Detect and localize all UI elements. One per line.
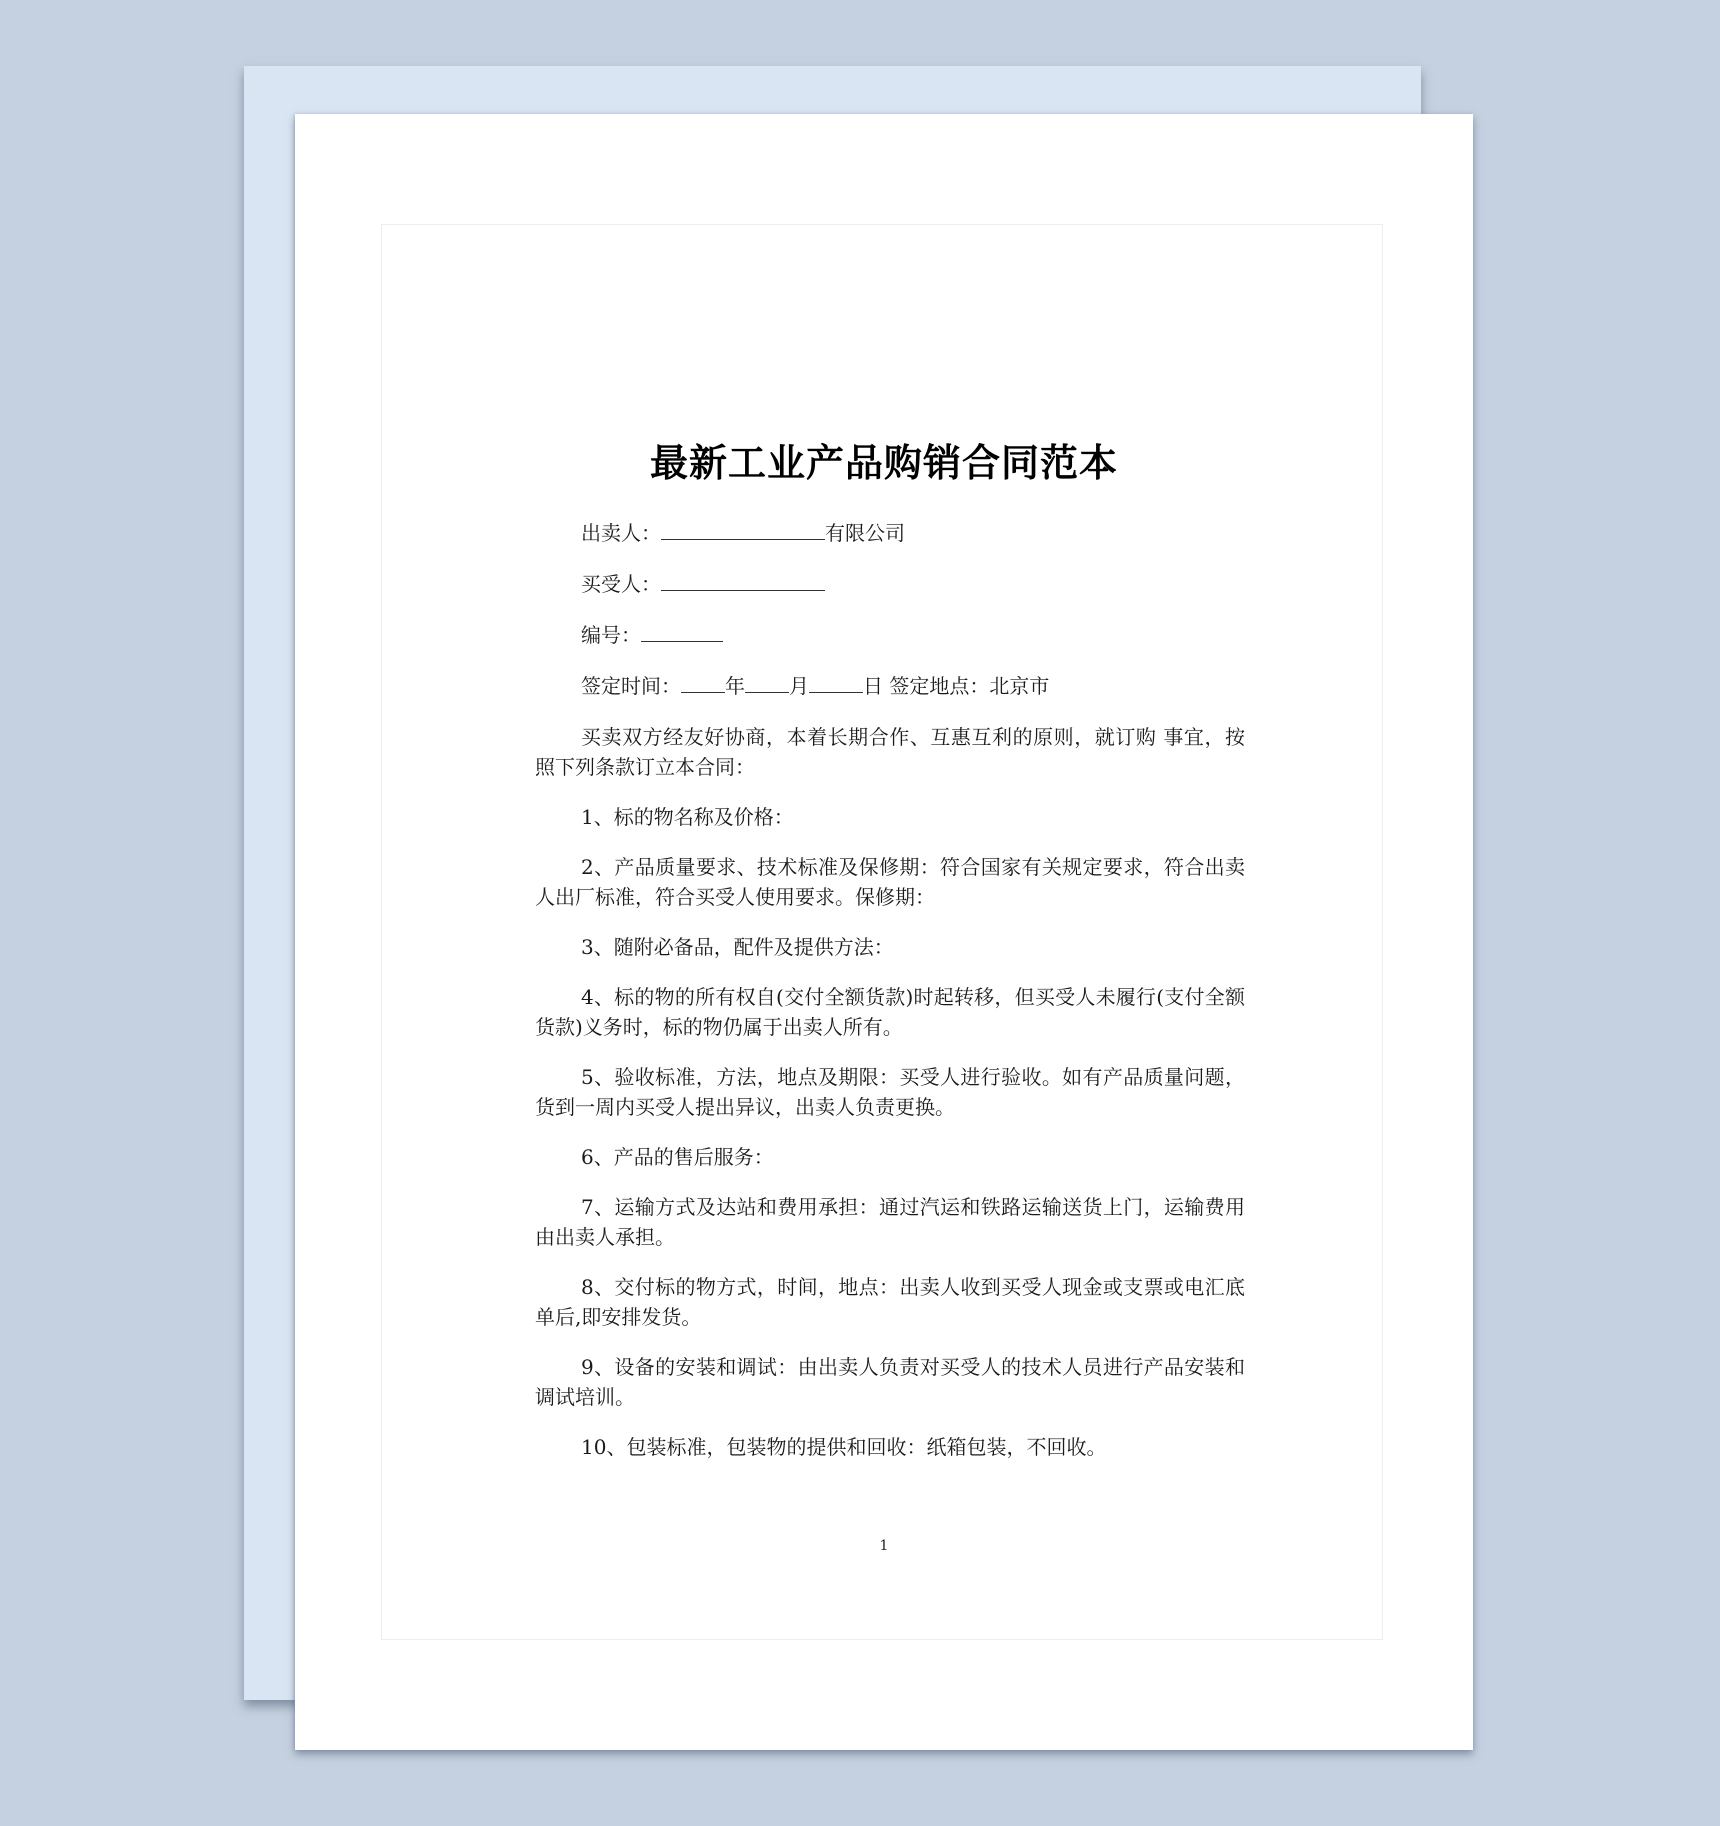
buyer-label: 买受人： [581, 572, 661, 596]
contract-number-label: 编号： [581, 623, 641, 647]
day-label: 日 [863, 674, 883, 698]
clause-7: 7、运输方式及达站和费用承担：通过汽运和铁路运输送货上门，运输费用由出卖人承担。 [535, 1192, 1245, 1252]
sign-place-label: 签定地点： [889, 674, 989, 698]
document-page: 最新工业产品购销合同范本 出卖人：有限公司 买受人： 编号： 签定时间：年月日 … [295, 114, 1473, 1750]
clause-3: 3、随附必备品，配件及提供方法： [535, 932, 1245, 962]
buyer-field: 买受人： [535, 569, 1245, 599]
sign-time-label: 签定时间： [581, 674, 681, 698]
document-body: 出卖人：有限公司 买受人： 编号： 签定时间：年月日 签定地点：北京市 买卖双方… [535, 518, 1245, 1482]
year-blank [681, 672, 725, 693]
seller-label: 出卖人： [581, 521, 661, 545]
contract-number-blank [641, 621, 723, 642]
clause-10: 10、包装标准，包装物的提供和回收：纸箱包装，不回收。 [535, 1432, 1245, 1462]
sign-place-value: 北京市 [989, 674, 1049, 698]
month-label: 月 [789, 674, 809, 698]
sign-date-place-field: 签定时间：年月日 签定地点：北京市 [535, 671, 1245, 701]
clause-2: 2、产品质量要求、技术标准及保修期：符合国家有关规定要求，符合出卖人出厂标准，符… [535, 852, 1245, 912]
seller-blank [661, 519, 825, 540]
seller-suffix: 有限公司 [825, 521, 905, 545]
day-blank [809, 672, 863, 693]
buyer-blank [661, 570, 825, 591]
intro-paragraph: 买卖双方经友好协商，本着长期合作、互惠互利的原则，就订购 事宜，按照下列条款订立… [535, 722, 1245, 782]
clause-6: 6、产品的售后服务： [535, 1142, 1245, 1172]
contract-number-field: 编号： [535, 620, 1245, 650]
clause-1: 1、标的物名称及价格： [535, 802, 1245, 832]
clause-9: 9、设备的安装和调试：由出卖人负责对买受人的技术人员进行产品安装和调试培训。 [535, 1352, 1245, 1412]
clause-4: 4、标的物的所有权自(交付全额货款)时起转移，但买受人未履行(支付全额货款)义务… [535, 982, 1245, 1042]
clause-8: 8、交付标的物方式，时间，地点：出卖人收到买受人现金或支票或电汇底单后,即安排发… [535, 1272, 1245, 1332]
seller-field: 出卖人：有限公司 [535, 518, 1245, 548]
month-blank [745, 672, 789, 693]
clause-5: 5、验收标准，方法，地点及期限：买受人进行验收。如有产品质量问题，货到一周内买受… [535, 1062, 1245, 1122]
page-number: 1 [295, 1538, 1473, 1554]
year-label: 年 [725, 674, 745, 698]
document-title: 最新工业产品购销合同范本 [295, 432, 1473, 487]
